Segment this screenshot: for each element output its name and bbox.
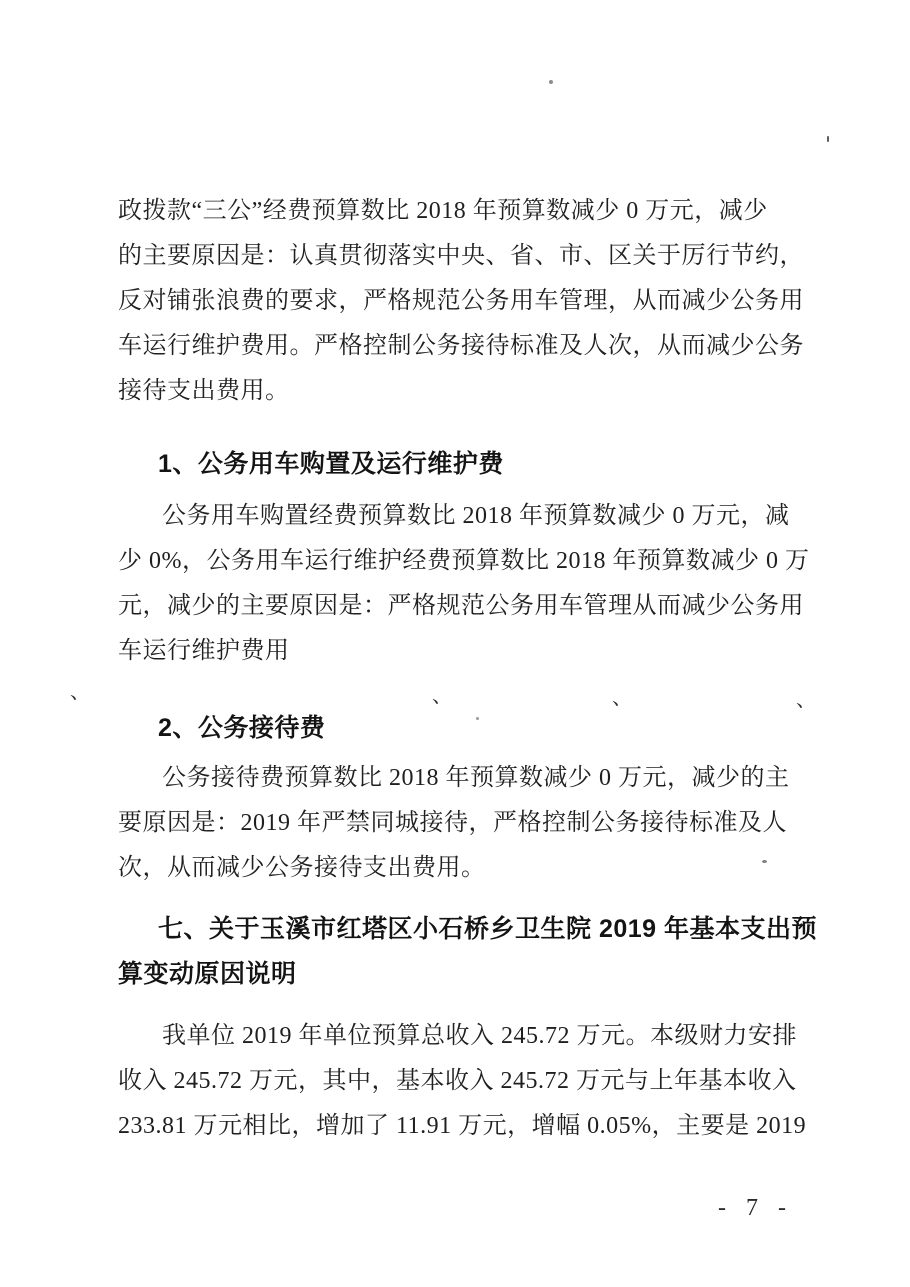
scan-artifact-comma-mark: 、	[612, 688, 632, 708]
scan-artifact-comma-mark: 、	[432, 686, 452, 706]
scan-speck	[476, 717, 479, 720]
paragraph-vehicle-fee-detail: 公务用车购置经费预算数比 2018 年预算数减少 0 万元，减 少 0%，公务用…	[118, 494, 828, 674]
scanned-document-page: 政拨款“三公”经费预算数比 2018 年预算数减少 0 万元，减少 的主要原因是…	[0, 0, 910, 1287]
heading-7-basic-expenditure-change-explanation: 七、关于玉溪市红塔区小石桥乡卫生院 2019 年基本支出预 算变动原因说明	[118, 907, 828, 997]
heading-1-vehicle-purchase-maintenance-fee: 1、公务用车购置及运行维护费	[118, 442, 828, 487]
paragraph-budget-income-detail: 我单位 2019 年单位预算总收入 245.72 万元。本级财力安排 收入 24…	[118, 1014, 828, 1149]
scan-artifact-comma-mark: 、	[796, 690, 816, 710]
paragraph-sangong-decrease-reason: 政拨款“三公”经费预算数比 2018 年预算数减少 0 万元，减少 的主要原因是…	[118, 189, 828, 414]
page-number: - 7 -	[718, 1195, 793, 1222]
heading-2-official-reception-fee: 2、公务接待费	[118, 706, 828, 751]
scan-artifact-comma-mark: 、	[70, 682, 90, 702]
scan-speck	[827, 136, 829, 142]
scan-speck	[762, 860, 767, 863]
scan-speck	[549, 80, 553, 84]
paragraph-reception-fee-detail: 公务接待费预算数比 2018 年预算数减少 0 万元，减少的主 要原因是：201…	[118, 756, 828, 891]
